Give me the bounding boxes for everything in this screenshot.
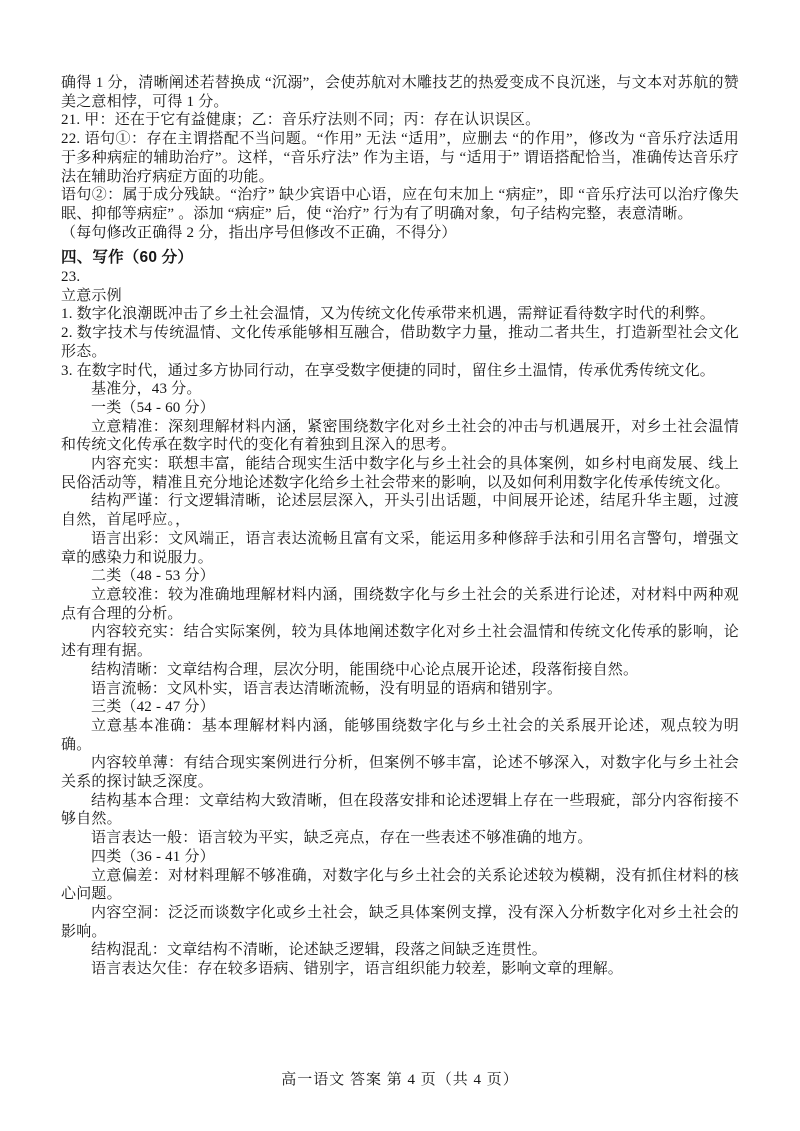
paragraph: 基准分，43 分。: [61, 380, 739, 399]
paragraph: 立意较准：较为准确地理解材料内涵，围绕数字化与乡土社会的关系进行论述，对材料中两…: [61, 586, 739, 623]
paragraph: 立意偏差：对材料理解不够准确，对数字化与乡土社会的关系论述较为模糊，没有抓住材料…: [61, 867, 739, 904]
section-heading: 四、写作（60 分）: [61, 249, 739, 268]
paragraph: 内容较充实：结合实际案例，较为具体地阐述数字化对乡土社会温情和传统文化传承的影响…: [61, 623, 739, 660]
paragraph: 一类（54 - 60 分）: [61, 399, 739, 418]
paragraph: 立意基本准确：基本理解材料内涵，能够围绕数字化与乡土社会的关系展开论述，观点较为…: [61, 717, 739, 754]
paragraph: 1. 数字化浪潮既冲击了乡土社会温情，又为传统文化传承带来机遇，需辩证看待数字时…: [61, 305, 739, 324]
paragraph: 语言表达欠佳：存在较多语病、错别字，语言组织能力较差，影响文章的理解。: [61, 960, 739, 979]
paragraph: 立意精准：深刻理解材料内涵，紧密围绕数字化对乡土社会的冲击与机遇展开，对乡土社会…: [61, 418, 739, 455]
paragraph: 23.: [61, 268, 739, 287]
answer-key-text-block: 确得 1 分，清晰阐述若替换成 “沉溺”，会使苏航对木雕技艺的热爱变成不良沉迷，…: [61, 74, 739, 979]
paragraph: 确得 1 分，清晰阐述若替换成 “沉溺”，会使苏航对木雕技艺的热爱变成不良沉迷，…: [61, 74, 739, 111]
page-footer: 高一语文 答案 第 4 页（共 4 页）: [0, 1068, 800, 1089]
paragraph: 3. 在数字时代，通过多方协同行动，在享受数字便捷的同时，留住乡土温情，传承优秀…: [61, 362, 739, 381]
paragraph: 结构清晰：文章结构合理，层次分明，能围绕中心论点展开论述，段落衔接自然。: [61, 661, 739, 680]
paragraph: 21. 甲：还在于它有益健康；乙：音乐疗法则不同；丙：存在认识误区。: [61, 111, 739, 130]
paragraph: 2. 数字技术与传统温情、文化传承能够相互融合，借助数字力量，推动二者共生，打造…: [61, 324, 739, 361]
paragraph: 语言表达一般：语言较为平实，缺乏亮点，存在一些表述不够准确的地方。: [61, 829, 739, 848]
paragraph: 立意示例: [61, 287, 739, 306]
paragraph: 语言流畅：文风朴实，语言表达清晰流畅，没有明显的语病和错别字。: [61, 680, 739, 699]
paragraph: （每句修改正确得 2 分，指出序号但修改不正确，不得分）: [61, 224, 739, 243]
paragraph: 内容充实：联想丰富，能结合现实生活中数字化与乡土社会的具体案例，如乡村电商发展、…: [61, 455, 739, 492]
paragraph: 二类（48 - 53 分）: [61, 567, 739, 586]
paragraph: 三类（42 - 47 分）: [61, 698, 739, 717]
paragraph: 四类（36 - 41 分）: [61, 848, 739, 867]
paragraph: 结构混乱：文章结构不清晰，论述缺乏逻辑，段落之间缺乏连贯性。: [61, 941, 739, 960]
paragraph: 语句②：属于成分残缺。“治疗” 缺少宾语中心语，应在句末加上 “病症”，即 “音…: [61, 186, 739, 223]
paragraph: 内容较单薄：有结合现实案例进行分析，但案例不够丰富，论述不够深入，对数字化与乡土…: [61, 754, 739, 791]
paragraph: 语言出彩：文风端正，语言表达流畅且富有文采，能运用多种修辞手法和引用名言警句，增…: [61, 530, 739, 567]
paragraph: 内容空洞：泛泛而谈数字化或乡土社会，缺乏具体案例支撑，没有深入分析数字化对乡土社…: [61, 904, 739, 941]
paragraph: 结构严谨：行文逻辑清晰，论述层层深入，开头引出话题，中间展开论述，结尾升华主题，…: [61, 492, 739, 529]
paragraph: 结构基本合理：文章结构大致清晰，但在段落安排和论述逻辑上存在一些瑕疵，部分内容衔…: [61, 792, 739, 829]
scanned-answer-page: 确得 1 分，清晰阐述若替换成 “沉溺”，会使苏航对木雕技艺的热爱变成不良沉迷，…: [0, 0, 800, 1131]
paragraph: 22. 语句①：存在主谓搭配不当问题。“作用” 无法 “适用”，应删去 “的作用…: [61, 130, 739, 186]
